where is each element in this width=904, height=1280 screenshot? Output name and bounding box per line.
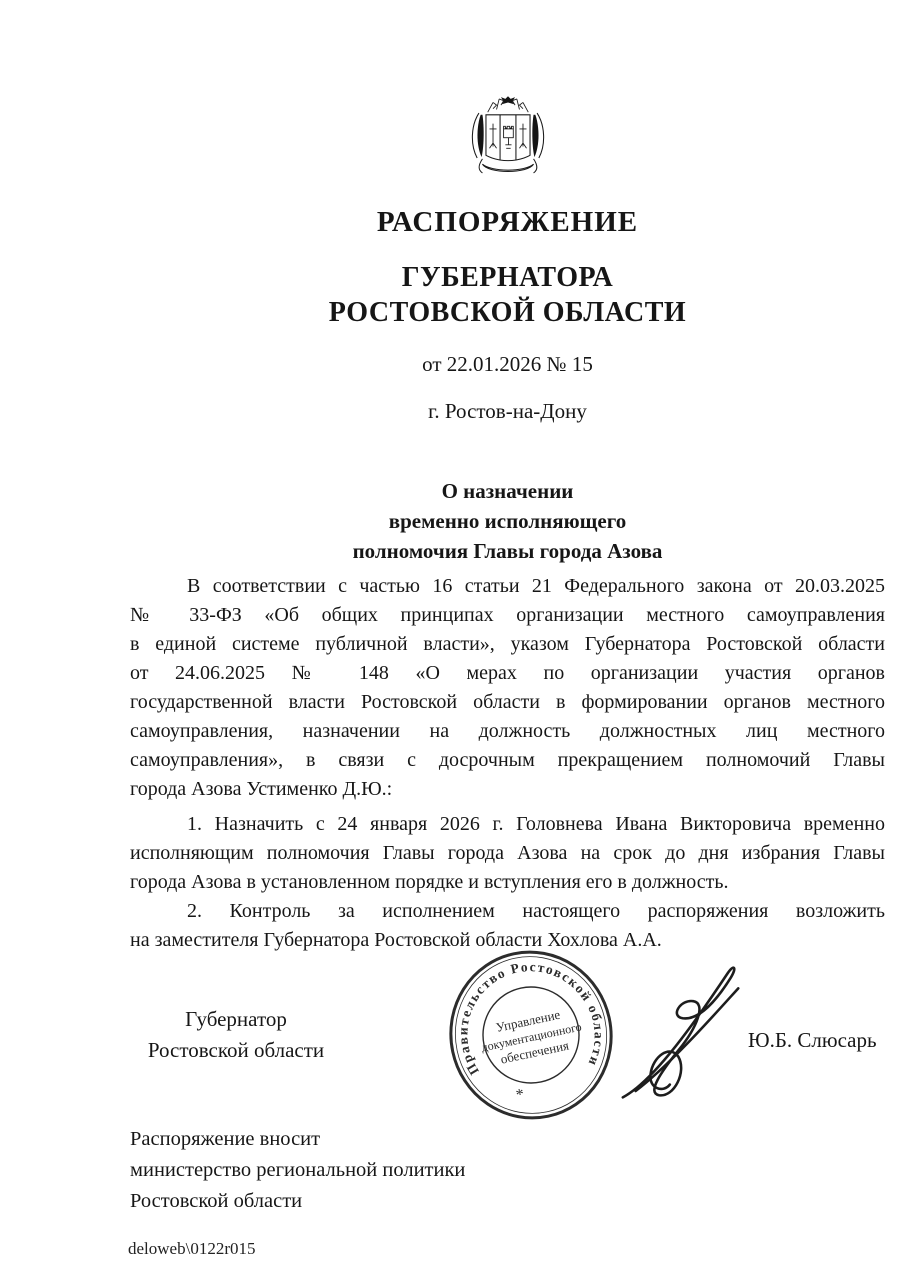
item1-line: 1. Назначить с 24 января 2026 г. Головне… [130,810,885,839]
body-line: в единой системе публичной власти», указ… [130,630,885,659]
body-line: самоуправления, назначении на должность … [130,717,885,746]
authority-line1: ГУБЕРНАТОРА [130,260,885,295]
submitted-by-line: министерство региональной политики [130,1155,885,1186]
signature-block: Губернатор Ростовской области Правительс… [130,948,885,1133]
stamp-star: * [515,1086,526,1104]
subject-line: О назначении [130,476,885,506]
body-line: самоуправления», в связи с досрочным пре… [130,746,885,775]
coat-of-arms-icon [456,88,560,198]
emblem-container [130,88,885,198]
signer-position-line2: Ростовской области [136,1035,336,1066]
body-text: В соответствии с частью 16 статьи 21 Фед… [130,572,885,955]
body-line: государственной власти Ростовской област… [130,688,885,717]
signature-scribble-icon [600,952,760,1107]
submitted-by-line: Ростовской области [130,1186,885,1217]
subject-line: полномочия Главы города Азова [130,536,885,566]
body-line: от 24.06.2025 № 148 «О мерах по организа… [130,659,885,688]
authority-title: ГУБЕРНАТОРА РОСТОВСКОЙ ОБЛАСТИ [130,260,885,330]
item2-line: 2. Контроль за исполнением настоящего ра… [130,897,885,926]
place-line: г. Ростов-на-Дону [130,399,885,424]
subject-heading: О назначении временно исполняющего полно… [130,476,885,566]
stamp-seal-icon: Правительство Ростовской области Управле… [444,948,618,1122]
signer-name: Ю.Б. Слюсарь [748,1028,877,1053]
date-number-line: от 22.01.2026 № 15 [130,352,885,377]
body-line: № 33-ФЗ «Об общих принципах организации … [130,601,885,630]
document-type-title: РАСПОРЯЖЕНИЕ [130,206,885,239]
footer-file-code: deloweb\0122r015 [128,1239,255,1259]
subject-line: временно исполняющего [130,506,885,536]
submitted-by-block: Распоряжение вносит министерство региона… [130,1124,885,1217]
document-page: РАСПОРЯЖЕНИЕ ГУБЕРНАТОРА РОСТОВСКОЙ ОБЛА… [0,0,904,1280]
submitted-by-line: Распоряжение вносит [130,1124,885,1155]
body-line: В соответствии с частью 16 статьи 21 Фед… [130,572,885,601]
item1-line: исполняющим полномочия Главы города Азов… [130,839,885,868]
authority-line2: РОСТОВСКОЙ ОБЛАСТИ [130,295,885,330]
item1-line: города Азова в установленном порядке и в… [130,868,885,897]
handwritten-signature [600,952,760,1112]
signer-position: Губернатор Ростовской области [136,1004,336,1066]
signer-position-line1: Губернатор [136,1004,336,1035]
body-line: города Азова Устименко Д.Ю.: [130,775,885,804]
official-stamp: Правительство Ростовской области Управле… [444,948,618,1127]
